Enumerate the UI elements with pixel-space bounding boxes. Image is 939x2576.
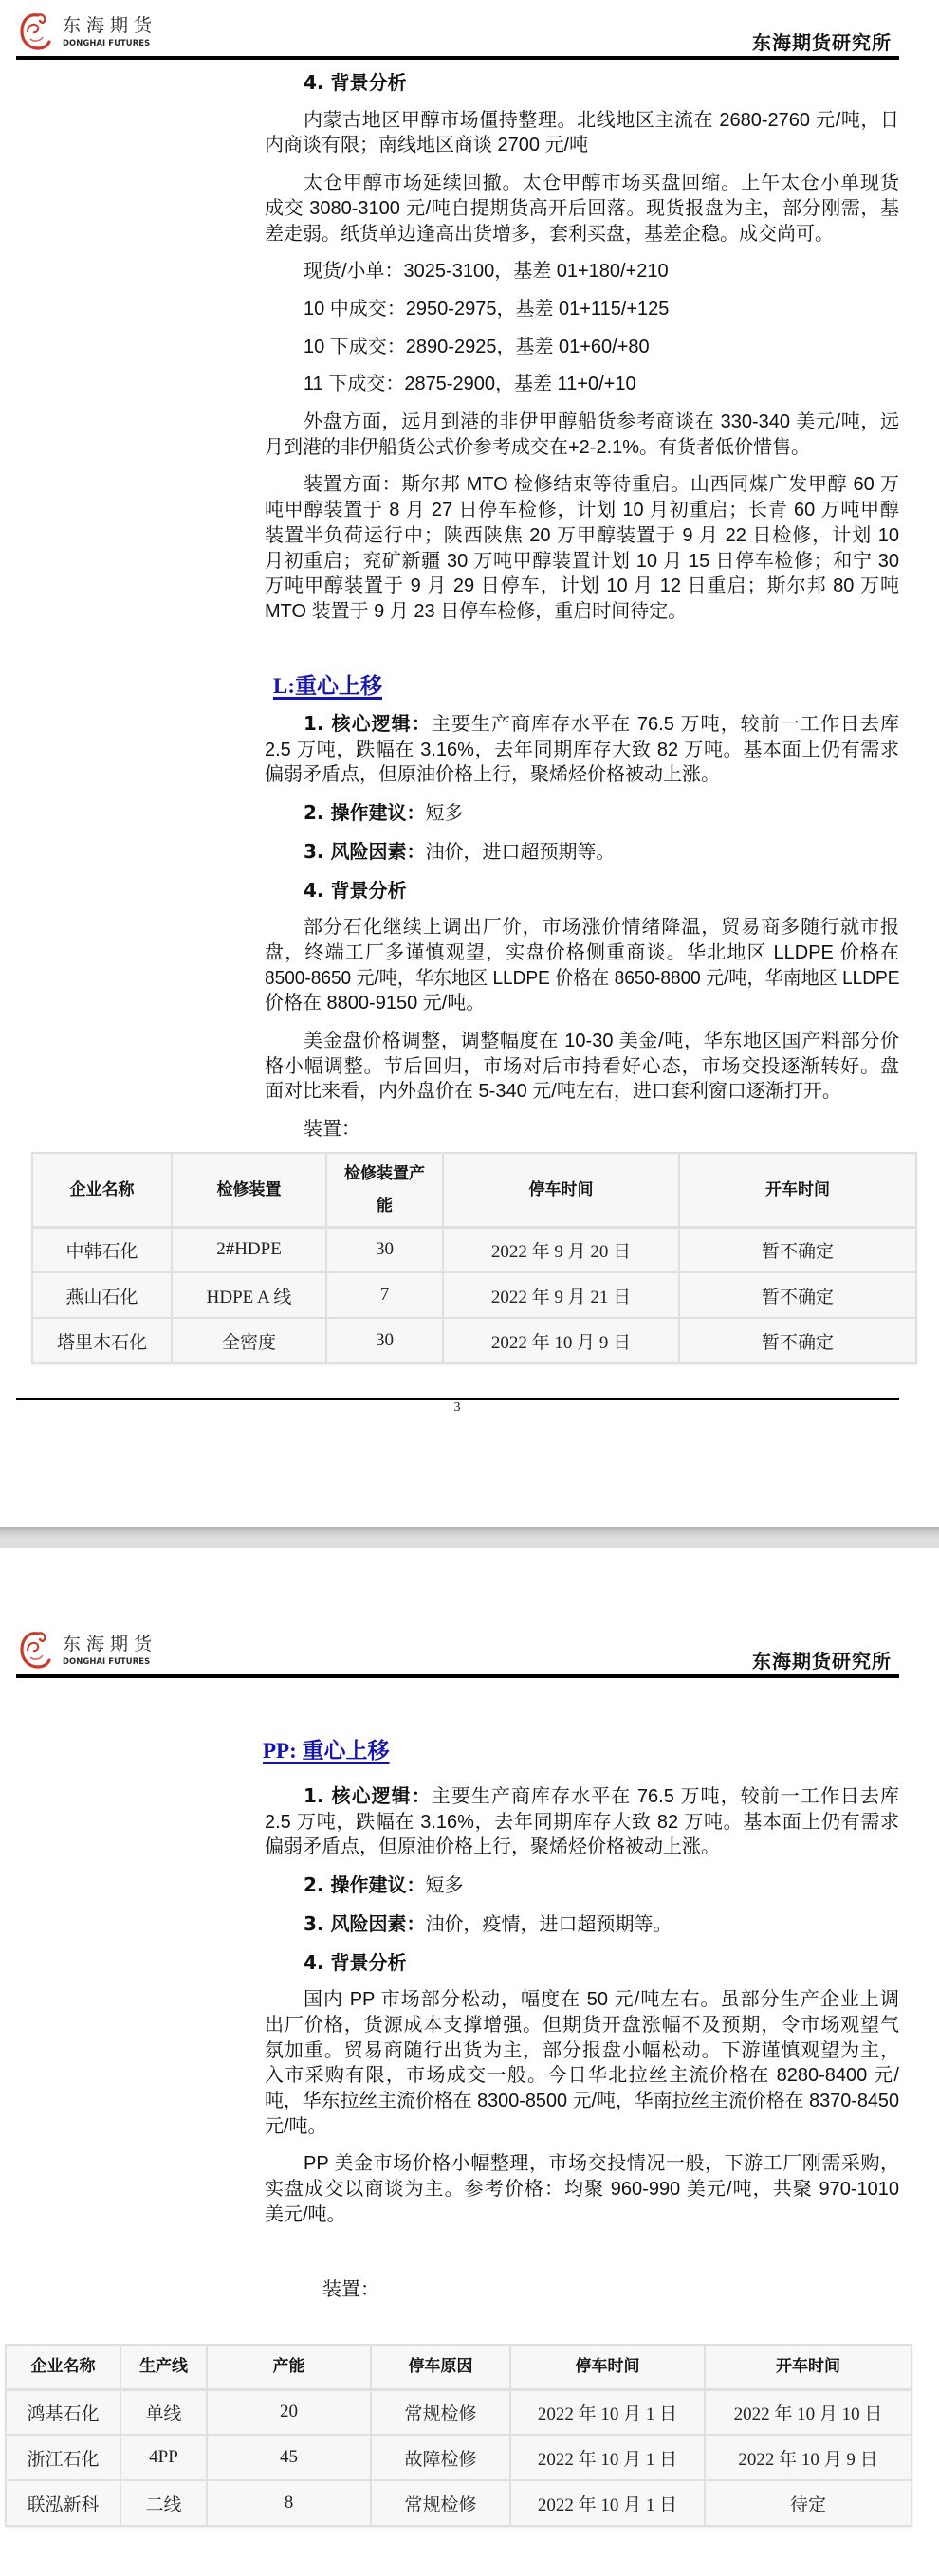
suggestion-text: 短多 xyxy=(425,803,463,824)
table-cell: 中韩石化 xyxy=(32,1227,172,1272)
table-cell: 4PP xyxy=(120,2435,207,2480)
paragraph-line: 装置方面：斯尔邦 MTO 检修结束等待重启。山西同煤广发甲醇 60 万 xyxy=(265,472,899,498)
table-row: 鸿基石化 单线 20 常规检修 2022 年 10 月 1 日 2022 年 1… xyxy=(6,2389,911,2435)
institute-title: 东海期货研究所 xyxy=(752,31,892,54)
suggestion-line: 2. 操作建议：短多 xyxy=(265,800,899,827)
page-1: 东海期货 DONGHAI FUTURES 东海期货研究所 4. 背景分析 内蒙古… xyxy=(0,0,939,1527)
table-header-cell: 企业名称 xyxy=(6,2345,120,2389)
risk-text: 油价，进口超预期等。 xyxy=(425,842,615,863)
paragraph-domestic-price: 部分石化继续上调出厂价，市场涨价情绪降温，贸易商多随行就市报 盘，终端工厂多谨慎… xyxy=(265,915,899,1016)
paragraph-line: 现货/小单：3025-3100，基差 01+180/+210 xyxy=(265,259,899,284)
table-cell: 常规检修 xyxy=(371,2480,510,2526)
table-cell: 2022 年 10 月 9 日 xyxy=(705,2435,911,2480)
table-cell: 20 xyxy=(207,2389,371,2435)
page-number: 3 xyxy=(446,1400,469,1416)
l-maintenance-table: 企业名称 检修装置 检修装置产能 停车时间 开车时间 中韩石化 2#HDPE 3… xyxy=(31,1152,917,1364)
paragraph-line: 万吨甲醇装置于 9 月 29 日停车，计划 10 月 12 日重启；斯尔邦 80… xyxy=(265,574,899,599)
paragraph-usd-market: 美金盘价格调整，调整幅度在 10-30 美金/吨，华东地区国产料部分价 格小幅调… xyxy=(265,1029,899,1105)
table-header-cell: 开车时间 xyxy=(679,1153,916,1227)
pp-section-body: 1. 核心逻辑：主要生产商库存水平在 76.5 万吨，较前一工作日去库 2.5 … xyxy=(265,1783,899,2314)
core-logic-line: 1. 核心逻辑：主要生产商库存水平在 76.5 万吨，较前一工作日去库 xyxy=(265,711,899,738)
table-cell: 常规检修 xyxy=(371,2389,510,2435)
paragraph-line: 内蒙古地区甲醇市场僵持整理。北线地区主流在 2680-2760 元/吨，日 xyxy=(265,108,899,134)
paragraph-external-market: 外盘方面，远月到港的非伊甲醇船货参考商谈在 330-340 美元/吨，远 月到港… xyxy=(265,410,899,460)
table-header-cell: 停车时间 xyxy=(443,1153,679,1227)
paragraph-line: 装置半负荷运行中；陕西陕焦 20 万甲醇装置于 9 月 22 日检修，计划 10 xyxy=(265,523,899,549)
suggestion-label: 2. 操作建议： xyxy=(304,1873,425,1896)
core-logic-text: 主要生产商库存水平在 76.5 万吨，较前一工作日去库 xyxy=(432,714,899,735)
paragraph-nov-late: 11 下成交：2875-2900，基差 11+0/+10 xyxy=(265,372,899,397)
paragraph-line: 8500-8650 元/吨，华东地区 LLDPE 价格在 8650-8800 元… xyxy=(265,966,899,992)
paragraph-oct-late: 10 下成交：2890-2925，基差 01+60/+80 xyxy=(265,335,899,360)
paragraph-line: 面对比来看，内外盘价在 5-340 元/吨左右，进口套利窗口逐渐打开。 xyxy=(265,1079,899,1105)
paragraph-line: 价格在 8800-9150 元/吨。 xyxy=(265,991,899,1016)
paragraph-line: 格小幅调整。节后回归，市场对后市持看好心态，市场交投逐渐转好。盘 xyxy=(265,1054,899,1080)
pp-maintenance-table: 企业名称 生产线 产能 停车原因 停车时间 开车时间 鸿基石化 单线 20 常规… xyxy=(5,2344,912,2527)
paragraph-plant-status: 装置方面：斯尔邦 MTO 检修结束等待重启。山西同煤广发甲醇 60 万 吨甲醇装… xyxy=(265,472,899,624)
paragraph-line: MTO 装置于 9 月 23 日停车检修，重启时间待定。 xyxy=(265,599,899,625)
page-2: 东海期货 DONGHAI FUTURES 东海期货研究所 PP: 重心上移 1.… xyxy=(0,1618,939,2576)
risk-factors: 3. 风险因素：油价，疫情，进口超预期等。 xyxy=(265,1911,899,1938)
paragraph-line: 部分石化继续上调出厂价，市场涨价情绪降温，贸易商多随行就市报 xyxy=(265,915,899,941)
table-header-cell: 停车原因 xyxy=(371,2345,510,2389)
equipment-label-text: 装置： xyxy=(265,1117,899,1142)
table-cell: 2022 年 10 月 1 日 xyxy=(510,2435,705,2480)
table-header-text: 检修装置产能 xyxy=(343,1158,426,1222)
paragraph-line: 月到港的非伊船货公式价参考成交在+2-2.1%。有货者低价惜售。 xyxy=(265,435,899,461)
l-section-body: 1. 核心逻辑：主要生产商库存水平在 76.5 万吨，较前一工作日去库 2.5 … xyxy=(265,711,899,1155)
core-logic-line: 偏弱矛盾点，但原油价格上行，聚烯烃价格被动上涨。 xyxy=(265,762,899,788)
header-divider xyxy=(16,56,899,60)
core-logic: 1. 核心逻辑：主要生产商库存水平在 76.5 万吨，较前一工作日去库 2.5 … xyxy=(265,711,899,788)
company-logo: 东海期货 DONGHAI FUTURES xyxy=(19,9,171,53)
table-cell: 浙江石化 xyxy=(6,2435,120,2480)
table-row: 浙江石化 4PP 45 故障检修 2022 年 10 月 1 日 2022 年 … xyxy=(6,2435,911,2480)
table-cell: 单线 xyxy=(120,2389,207,2435)
table-cell: 联泓新科 xyxy=(6,2480,120,2526)
risk-label: 3. 风险因素： xyxy=(304,840,425,863)
logo-chinese-name: 东海期货 xyxy=(63,15,157,36)
paragraph-line: 氛加重。贸易商随行出货为主，部分报盘小幅松动。下游谨慎观望为主， xyxy=(265,2038,899,2064)
paragraph-line: 美金盘价格调整，调整幅度在 10-30 美金/吨，华东地区国产料部分价 xyxy=(265,1029,899,1054)
paragraph-domestic-pp: 国内 PP 市场部分松动，幅度在 50 元/吨左右。虽部分生产企业上调 出厂价格… xyxy=(265,1987,899,2139)
table-header-cell: 开车时间 xyxy=(705,2345,911,2389)
background-heading-text: 4. 背景分析 xyxy=(265,878,899,904)
company-logo: 东海期货 DONGHAI FUTURES xyxy=(19,1628,171,1672)
core-logic-line: 1. 核心逻辑：主要生产商库存水平在 76.5 万吨，较前一工作日去库 xyxy=(265,1783,899,1810)
core-logic-line: 2.5 万吨，跌幅在 3.16%，去年同期库存大致 82 万吨。基本面上仍有需求 xyxy=(265,1810,899,1836)
table-header-row: 企业名称 生产线 产能 停车原因 停车时间 开车时间 xyxy=(6,2345,911,2389)
core-logic: 1. 核心逻辑：主要生产商库存水平在 76.5 万吨，较前一工作日去库 2.5 … xyxy=(265,1783,899,1860)
dragon-ring-icon xyxy=(19,9,51,51)
suggestion-label: 2. 操作建议： xyxy=(304,801,425,824)
table-cell: 2022 年 10 月 1 日 xyxy=(510,2480,705,2526)
core-logic-label: 1. 核心逻辑： xyxy=(304,712,432,735)
paragraph-line: 元/吨。 xyxy=(265,2114,899,2140)
table-cell: 2022 年 9 月 21 日 xyxy=(443,1272,679,1318)
background-heading-text: 4. 背景分析 xyxy=(265,70,899,96)
table-row: 中韩石化 2#HDPE 30 2022 年 9 月 20 日 暂不确定 xyxy=(32,1227,916,1272)
table-cell: 全密度 xyxy=(172,1318,326,1363)
paragraph-line: 吨甲醇装置于 8 月 27 日停车检修，计划 10 月初重启；长青 60 万吨甲… xyxy=(265,498,899,523)
table-cell: 鸿基石化 xyxy=(6,2389,120,2435)
table-cell: 8 xyxy=(207,2480,371,2526)
logo-english-name: DONGHAI FUTURES xyxy=(63,38,150,47)
equipment-label: 装置： xyxy=(265,1117,899,1142)
background-heading: 4. 背景分析 xyxy=(265,70,899,96)
paragraph-inner-mongolia: 内蒙古地区甲醇市场僵持整理。北线地区主流在 2680-2760 元/吨，日 内商… xyxy=(265,108,899,158)
paragraph-taicang: 太仓甲醇市场延续回撤。太仓甲醇市场买盘回缩。上午太仓小单现货 成交 3080-3… xyxy=(265,171,899,247)
table-header-cell: 检修装置 xyxy=(172,1153,326,1227)
table-row: 燕山石化 HDPE A 线 7 2022 年 9 月 21 日 暂不确定 xyxy=(32,1272,916,1318)
page-separator xyxy=(0,1527,939,1548)
table-cell: 45 xyxy=(207,2435,371,2480)
table-cell: 故障检修 xyxy=(371,2435,510,2480)
header-divider xyxy=(16,1674,899,1678)
paragraph-line: 10 中成交：2950-2975，基差 01+115/+125 xyxy=(265,297,899,322)
dragon-ring-icon xyxy=(19,1628,51,1670)
table-cell: 2022 年 10 月 9 日 xyxy=(443,1318,679,1363)
suggestion-line: 2. 操作建议：短多 xyxy=(265,1873,899,1899)
table-cell: 2022 年 10 月 1 日 xyxy=(510,2389,705,2435)
table-cell: 二线 xyxy=(120,2480,207,2526)
table-header-row: 企业名称 检修装置 检修装置产能 停车时间 开车时间 xyxy=(32,1153,916,1227)
table-cell: 待定 xyxy=(705,2480,911,2526)
paragraph-line: 外盘方面，远月到港的非伊甲醇船货参考商谈在 330-340 美元/吨，远 xyxy=(265,410,899,435)
paragraph-line: 成交 3080-3100 元/吨自提期货高开后回落。现货报盘为主，部分刚需，基 xyxy=(265,196,899,222)
equipment-label: 装置： xyxy=(265,2277,899,2303)
paragraph-line: 美元/吨。 xyxy=(265,2202,899,2228)
paragraph-oct-mid: 10 中成交：2950-2975，基差 01+115/+125 xyxy=(265,297,899,322)
risk-line: 3. 风险因素：油价，进口超预期等。 xyxy=(265,839,899,866)
table-row: 塔里木石化 全密度 30 2022 年 10 月 9 日 暂不确定 xyxy=(32,1318,916,1363)
table-cell: 30 xyxy=(326,1227,443,1272)
risk-text: 油价，疫情，进口超预期等。 xyxy=(425,1914,672,1935)
operation-suggestion: 2. 操作建议：短多 xyxy=(265,1873,899,1899)
paragraph-line: 10 下成交：2890-2925，基差 01+60/+80 xyxy=(265,335,899,360)
table-cell: 2022 年 9 月 20 日 xyxy=(443,1227,679,1272)
paragraph-line: 出厂价格，货源成本支撑增强。但期货开盘涨幅不及预期，令市场观望气 xyxy=(265,2013,899,2038)
table-cell: 2022 年 10 月 10 日 xyxy=(705,2389,911,2435)
institute-title: 东海期货研究所 xyxy=(752,1650,892,1672)
table-cell: 30 xyxy=(326,1318,443,1363)
table-header-cell: 企业名称 xyxy=(32,1153,172,1227)
paragraph-line: PP 美金市场价格小幅整理，市场交投情况一般，下游工厂刚需采购， xyxy=(265,2151,899,2177)
paragraph-line: 实盘成交以商谈为主。参考价格：均聚 960-990 美元/吨，共聚 970-10… xyxy=(265,2177,899,2202)
paragraph-line: 11 下成交：2875-2900，基差 11+0/+10 xyxy=(265,372,899,397)
table-header-cell: 检修装置产能 xyxy=(326,1153,443,1227)
table-cell: 暂不确定 xyxy=(679,1272,916,1318)
equipment-label-text: 装置： xyxy=(265,2277,899,2303)
suggestion-text: 短多 xyxy=(425,1875,463,1896)
paragraph-spot-small: 现货/小单：3025-3100，基差 01+180/+210 xyxy=(265,259,899,284)
background-heading: 4. 背景分析 xyxy=(265,878,899,904)
table-row: 联泓新科 二线 8 常规检修 2022 年 10 月 1 日 待定 xyxy=(6,2480,911,2526)
paragraph-line: 入市采购有限，市场成交一般。今日华北拉丝主流价格在 8280-8400 元/ xyxy=(265,2063,899,2089)
risk-line: 3. 风险因素：油价，疫情，进口超预期等。 xyxy=(265,1911,899,1938)
paragraph-line: 吨，华东拉丝主流价格在 8300-8500 元/吨，华南拉丝主流价格在 8370… xyxy=(265,2089,899,2114)
logo-chinese-name: 东海期货 xyxy=(63,1634,157,1654)
table-cell: 燕山石化 xyxy=(32,1272,172,1318)
risk-factors: 3. 风险因素：油价，进口超预期等。 xyxy=(265,839,899,866)
background-heading-text: 4. 背景分析 xyxy=(265,1950,899,1976)
table-cell: 2#HDPE xyxy=(172,1227,326,1272)
table-cell: HDPE A 线 xyxy=(172,1272,326,1318)
paragraph-line: 内商谈有限；南线地区商谈 2700 元/吨 xyxy=(265,133,899,158)
logo-english-name: DONGHAI FUTURES xyxy=(63,1656,150,1666)
table-header-cell: 生产线 xyxy=(120,2345,207,2389)
paragraph-line: 太仓甲醇市场延续回撤。太仓甲醇市场买盘回缩。上午太仓小单现货 xyxy=(265,171,899,196)
core-logic-line: 偏弱矛盾点，但原油价格上行，聚烯烃价格被动上涨。 xyxy=(265,1835,899,1860)
core-logic-text: 主要生产商库存水平在 76.5 万吨，较前一工作日去库 xyxy=(432,1786,899,1807)
methanol-background-section: 4. 背景分析 内蒙古地区甲醇市场僵持整理。北线地区主流在 2680-2760 … xyxy=(265,70,899,637)
table-cell: 塔里木石化 xyxy=(32,1318,172,1363)
core-logic-line: 2.5 万吨，跌幅在 3.16%，去年同期库存大致 82 万吨。基本面上仍有需求 xyxy=(265,738,899,763)
background-heading: 4. 背景分析 xyxy=(265,1950,899,1976)
table-cell: 7 xyxy=(326,1272,443,1318)
risk-label: 3. 风险因素： xyxy=(304,1912,425,1935)
section-title-l-link[interactable]: L:重心上移 xyxy=(273,672,382,701)
table-cell: 暂不确定 xyxy=(679,1318,916,1363)
operation-suggestion: 2. 操作建议：短多 xyxy=(265,800,899,827)
paragraph-line: 差走弱。纸货单边逢高出货增多，套利买盘，基差企稳。成交尚可。 xyxy=(265,222,899,247)
paragraph-line: 盘，终端工厂多谨慎观望，实盘价格侧重商谈。华北地区 LLDPE 价格在 xyxy=(265,941,899,966)
table-cell: 暂不确定 xyxy=(679,1227,916,1272)
core-logic-label: 1. 核心逻辑： xyxy=(304,1784,432,1807)
paragraph-pp-usd-market: PP 美金市场价格小幅整理，市场交投情况一般，下游工厂刚需采购， 实盘成交以商谈… xyxy=(265,2151,899,2227)
table-header-cell: 产能 xyxy=(207,2345,371,2389)
paragraph-line: 月初重启；兖矿新疆 30 万吨甲醇装置计划 10 月 15 日停车检修；和宁 3… xyxy=(265,549,899,575)
paragraph-line: 国内 PP 市场部分松动，幅度在 50 元/吨左右。虽部分生产企业上调 xyxy=(265,1987,899,2013)
table-header-cell: 停车时间 xyxy=(510,2345,705,2389)
section-title-pp-link[interactable]: PP: 重心上移 xyxy=(263,1737,390,1765)
